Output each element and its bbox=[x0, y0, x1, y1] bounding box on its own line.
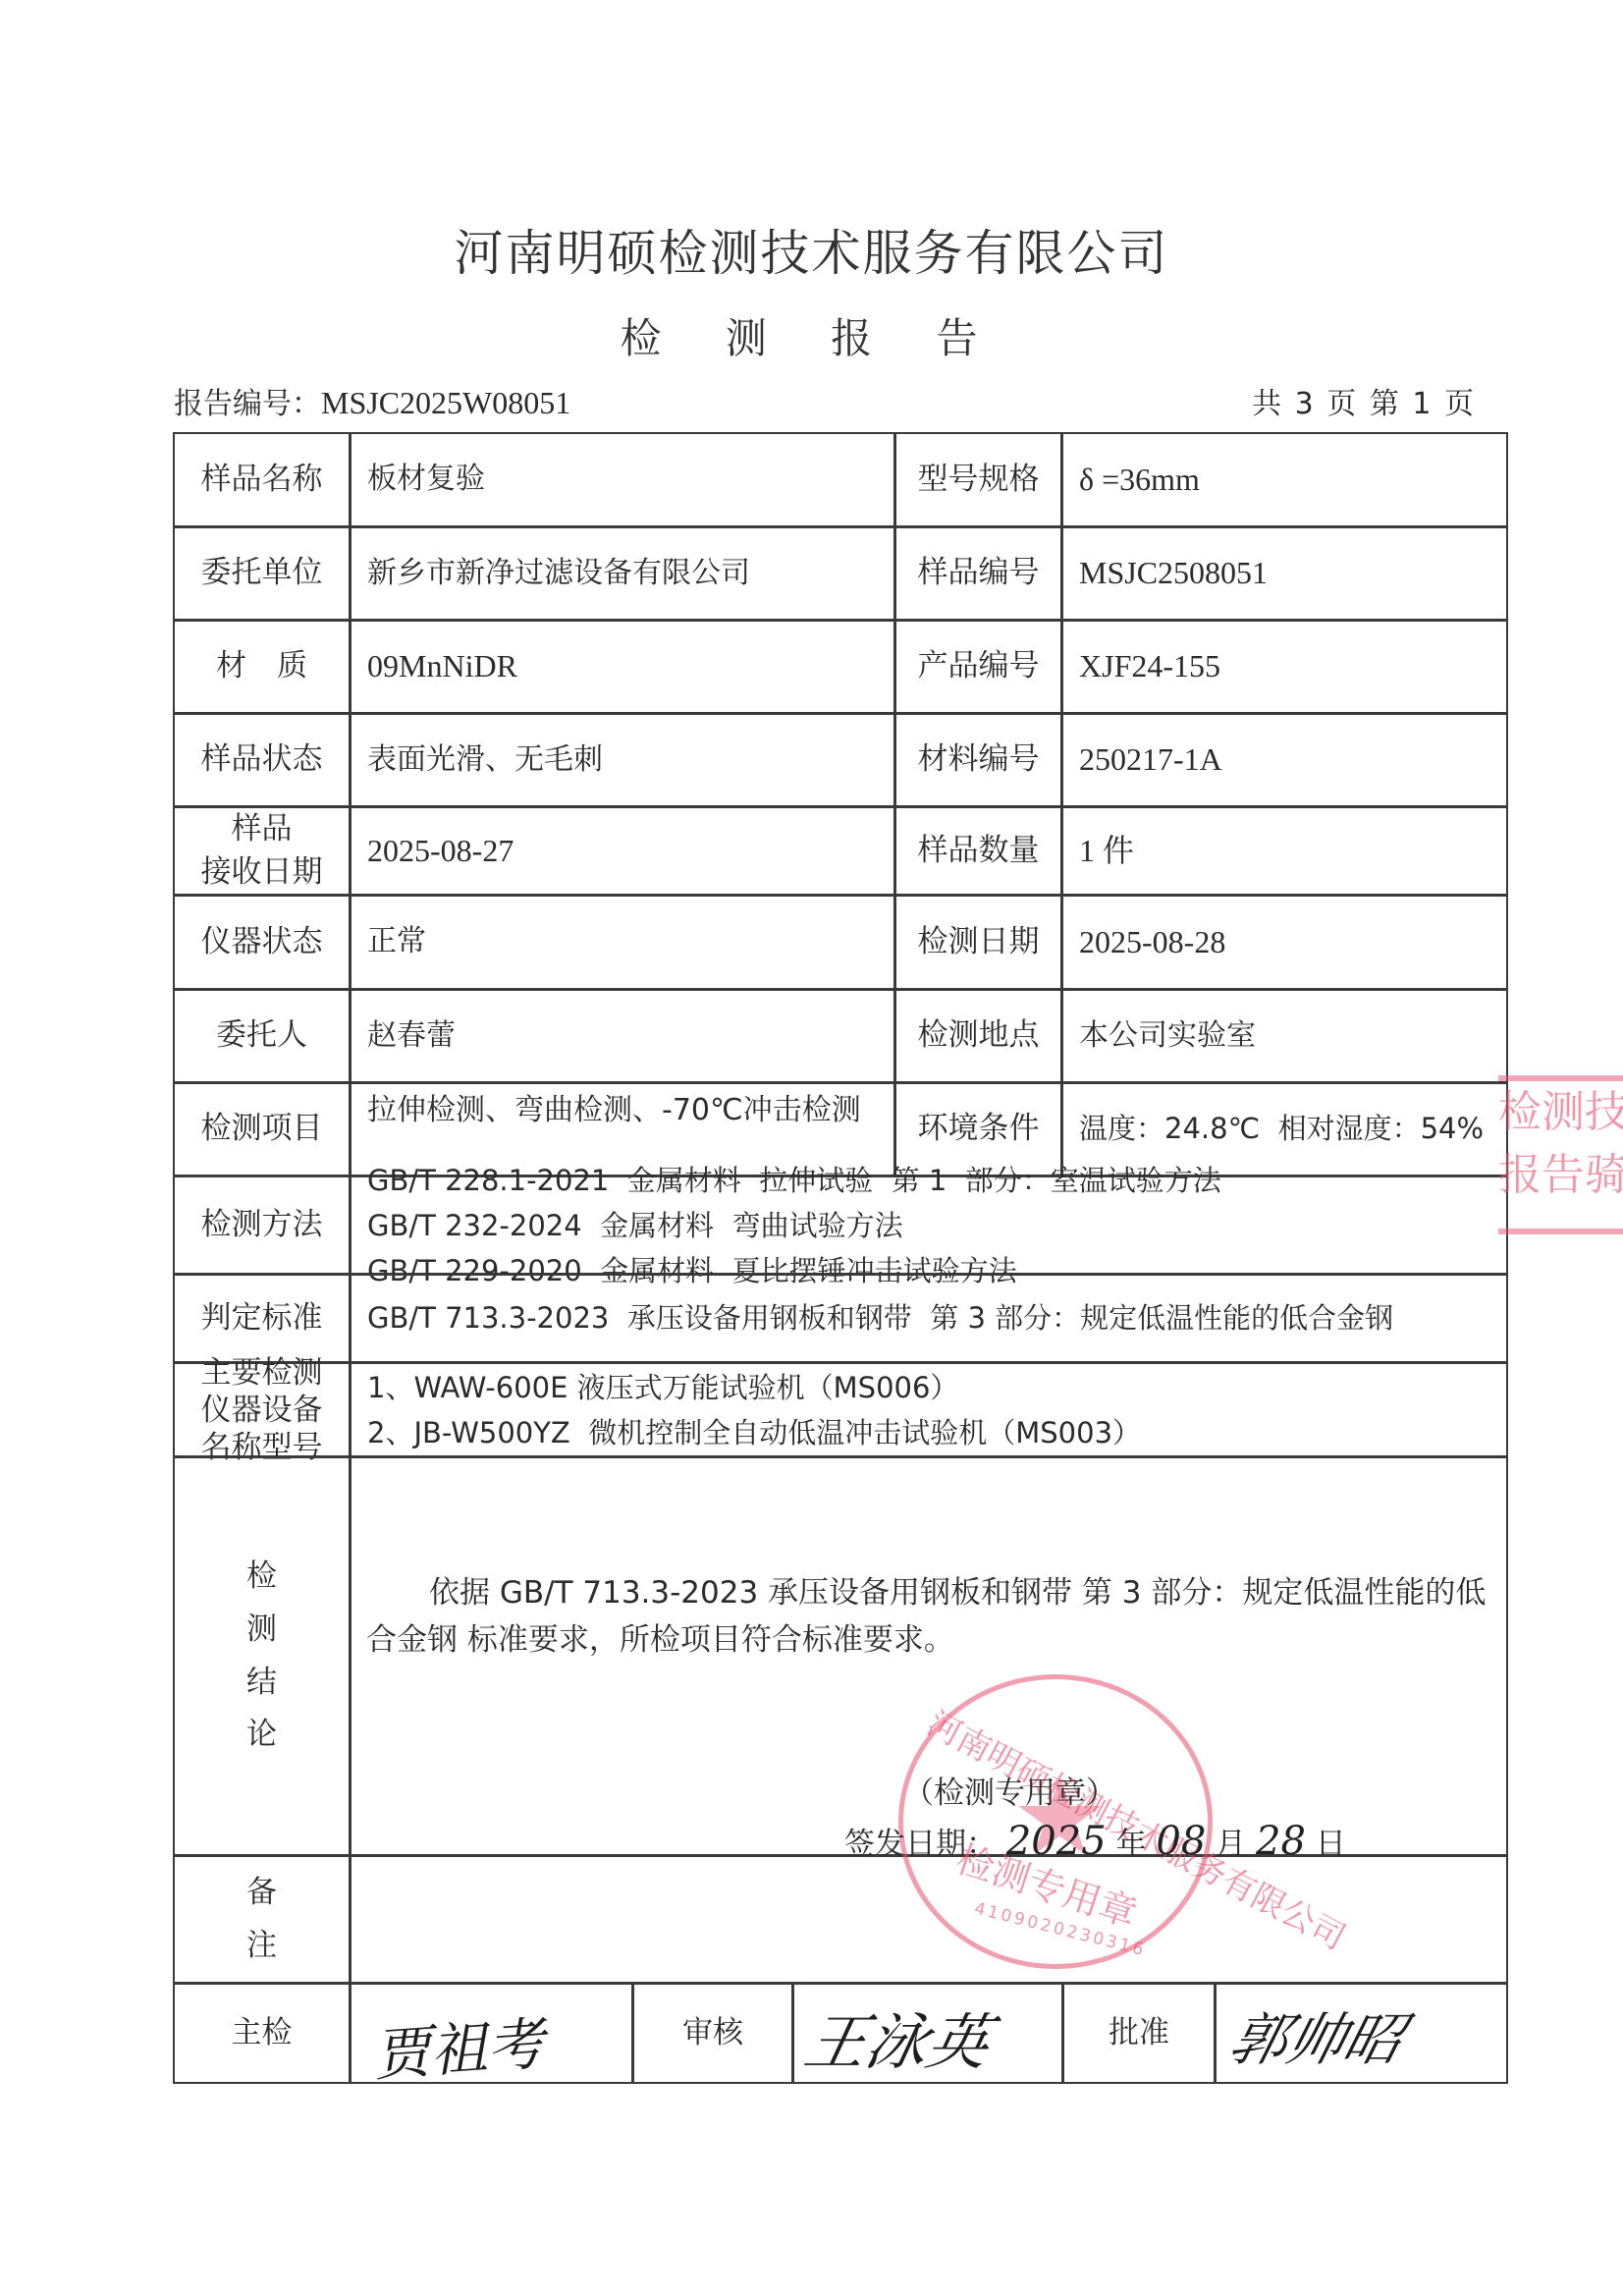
value-quantity: 1 件 bbox=[1061, 806, 1508, 896]
value-product-no: XJF24-155 bbox=[1061, 620, 1508, 714]
label-material: 材 质 bbox=[173, 620, 351, 714]
label-location: 检测地点 bbox=[894, 989, 1062, 1083]
label-remarks-char: 注 bbox=[246, 1926, 277, 1967]
month-unit: 月 bbox=[1216, 1827, 1246, 1862]
issue-month: 08 bbox=[1156, 1819, 1206, 1864]
method-line: GB/T 232-2024 金属材料 弯曲试验方法 bbox=[367, 1203, 903, 1248]
page-indicator: 共 3 页 第 1 页 bbox=[1252, 379, 1476, 422]
value-sample-no: MSJC2508051 bbox=[1061, 526, 1508, 621]
cross-page-seal-stamp: 检测技术 报告骑 bbox=[1498, 1075, 1623, 1234]
edge-seal-line1: 检测技术 bbox=[1498, 1081, 1623, 1144]
label-main-equipment: 主要检测 仪器设备 名称型号 bbox=[173, 1362, 351, 1457]
label-receive-date-line2: 接收日期 bbox=[201, 851, 323, 894]
label-quantity: 样品数量 bbox=[894, 806, 1062, 896]
value-sample-name: 板材复验 bbox=[350, 432, 895, 527]
issue-year: 2025 bbox=[1006, 1819, 1107, 1864]
label-consignor: 委托人 bbox=[173, 989, 351, 1083]
label-test-methods: 检测方法 bbox=[173, 1175, 351, 1275]
label-equipment-line: 主要检测 bbox=[201, 1354, 323, 1392]
year-unit: 年 bbox=[1116, 1827, 1147, 1862]
label-conclusion-char: 论 bbox=[246, 1715, 277, 1756]
value-test-methods: GB/T 228.1-2021 金属材料 拉伸试验 第 1 部分：室温试验方法 … bbox=[350, 1175, 1508, 1275]
report-number: 报告编号：MSJC2025W08051 bbox=[174, 379, 570, 422]
day-unit: 日 bbox=[1316, 1827, 1346, 1862]
label-reviewer: 审核 bbox=[632, 1983, 793, 2084]
edge-seal-line2: 报告骑 bbox=[1498, 1144, 1623, 1207]
issue-day: 28 bbox=[1256, 1819, 1306, 1864]
label-client: 委托单位 bbox=[173, 526, 351, 621]
label-receive-date: 样品 接收日期 bbox=[173, 806, 351, 896]
value-test-date: 2025-08-28 bbox=[1061, 895, 1508, 990]
value-main-equipment: 1、WAW-600E 液压式万能试验机（MS006） 2、JB-W500YZ 微… bbox=[350, 1362, 1508, 1457]
inspector-signature: 贾祖考 bbox=[370, 1997, 546, 2092]
report-number-label: 报告编号： bbox=[174, 387, 321, 421]
label-remarks: 备 注 bbox=[173, 1855, 351, 1984]
label-spec: 型号规格 bbox=[894, 432, 1062, 527]
value-sample-state: 表面光滑、无毛刺 bbox=[350, 713, 895, 807]
label-remarks-char: 备 bbox=[246, 1873, 277, 1914]
label-test-items: 检测项目 bbox=[173, 1082, 351, 1176]
report-number-value: MSJC2025W08051 bbox=[321, 385, 570, 420]
value-location: 本公司实验室 bbox=[1061, 989, 1508, 1083]
label-receive-date-line1: 样品 bbox=[232, 808, 293, 850]
label-judgment-standard: 判定标准 bbox=[173, 1274, 351, 1363]
approver-signature: 郭帅昭 bbox=[1222, 1994, 1414, 2076]
value-client: 新乡市新净过滤设备有限公司 bbox=[350, 526, 895, 621]
value-instrument-state: 正常 bbox=[350, 895, 895, 990]
equipment-line: 2、JB-W500YZ 微机控制全自动低温冲击试验机（MS003） bbox=[367, 1410, 1141, 1455]
label-sample-state: 样品状态 bbox=[173, 713, 351, 807]
reviewer-signature: 王泳英 bbox=[798, 1994, 1000, 2081]
label-sample-no: 样品编号 bbox=[894, 526, 1062, 621]
label-material-no: 材料编号 bbox=[894, 713, 1062, 807]
value-receive-date: 2025-08-27 bbox=[350, 806, 895, 896]
label-product-no: 产品编号 bbox=[894, 620, 1062, 714]
label-conclusion: 检 测 结 论 bbox=[173, 1456, 351, 1856]
company-name: 河南明硕检测技术服务有限公司 bbox=[0, 214, 1623, 285]
value-spec: δ =36mm bbox=[1061, 432, 1508, 527]
value-judgment-standard: GB/T 713.3-2023 承压设备用钢板和钢带 第 3 部分：规定低温性能… bbox=[350, 1274, 1508, 1363]
label-conclusion-char: 结 bbox=[246, 1663, 277, 1704]
conclusion-text: 依据 GB/T 713.3-2023 承压设备用钢板和钢带 第 3 部分：规定低… bbox=[366, 1569, 1495, 1664]
label-instrument-state: 仪器状态 bbox=[173, 895, 351, 990]
equipment-line: 1、WAW-600E 液压式万能试验机（MS006） bbox=[367, 1365, 958, 1410]
label-test-date: 检测日期 bbox=[894, 895, 1062, 990]
value-material: 09MnNiDR bbox=[350, 620, 895, 714]
value-consignor: 赵春蕾 bbox=[350, 989, 895, 1083]
value-material-no: 250217-1A bbox=[1061, 713, 1508, 807]
label-conclusion-char: 测 bbox=[246, 1610, 277, 1651]
label-conclusion-char: 检 bbox=[246, 1557, 277, 1598]
seal-note: （检测专用章） bbox=[903, 1768, 1116, 1812]
issue-date-label: 签发日期： bbox=[844, 1827, 997, 1862]
label-equipment-line: 仪器设备 bbox=[201, 1392, 323, 1429]
method-line: GB/T 228.1-2021 金属材料 拉伸试验 第 1 部分：室温试验方法 bbox=[367, 1158, 1221, 1203]
label-sample-name: 样品名称 bbox=[173, 432, 351, 527]
label-approver: 批准 bbox=[1062, 1983, 1216, 2084]
report-title: 检 测 报 告 bbox=[0, 306, 1623, 365]
issue-date: 签发日期： 2025 年 08 月 28 日 bbox=[844, 1819, 1346, 1864]
label-inspector: 主检 bbox=[173, 1983, 351, 2084]
